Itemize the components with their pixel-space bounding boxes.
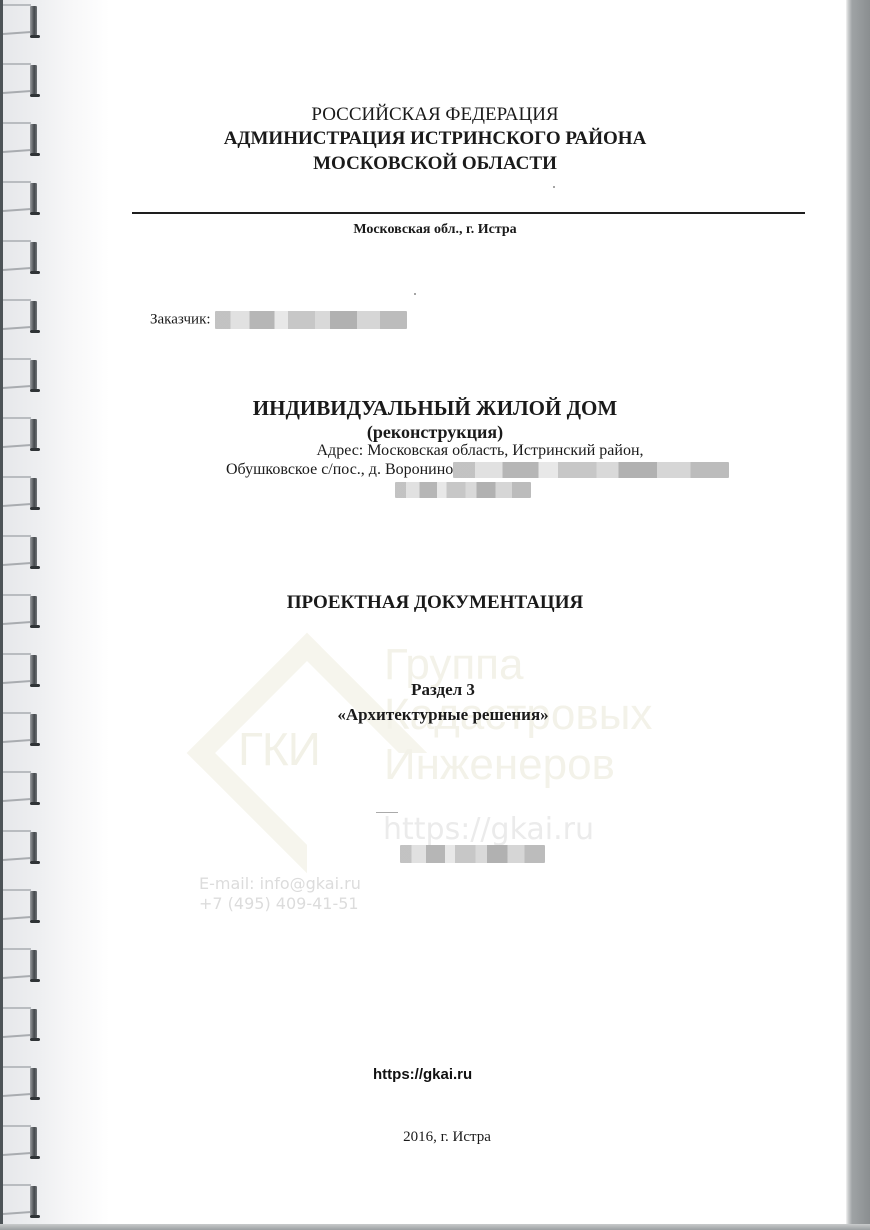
customer-line: Заказчик: xyxy=(150,311,407,329)
binding-ring xyxy=(3,535,39,565)
footer-year-place: 2016, г. Истра xyxy=(12,1129,870,1146)
watermark-logo: ГКИ xyxy=(238,722,320,776)
customer-label: Заказчик: xyxy=(150,311,211,327)
header-country: РОССИЙСКАЯ ФЕДЕРАЦИЯ xyxy=(0,104,870,126)
address-redacted-2 xyxy=(395,482,531,498)
binding-ring xyxy=(3,1184,39,1214)
binding-ring xyxy=(3,889,39,919)
binding-ring xyxy=(3,299,39,329)
binding-ring xyxy=(3,771,39,801)
address-line-2-text: Обушковское с/пос., д. Воронино xyxy=(226,461,453,478)
watermark-url: https://gkai.ru xyxy=(383,812,594,847)
header-location: Московская обл., г. Истра xyxy=(0,222,870,238)
section-number: Раздел 3 xyxy=(8,680,870,700)
binding-ring xyxy=(3,1066,39,1096)
header-region: МОСКОВСКОЙ ОБЛАСТИ xyxy=(0,153,870,175)
binding-ring xyxy=(3,181,39,211)
page-bottom-edge xyxy=(0,1224,870,1230)
binding-ring xyxy=(3,653,39,683)
document-code-redacted xyxy=(400,845,545,863)
header-divider xyxy=(132,212,805,214)
scanned-page xyxy=(0,0,870,1230)
scan-speck xyxy=(414,293,416,295)
binding-ring xyxy=(3,63,39,93)
binding-ring xyxy=(3,830,39,860)
section-name: «Архитектурные решения» xyxy=(8,705,870,725)
watermark-contacts: E-mail: info@gkai.ru +7 (495) 409-41-51 xyxy=(199,874,361,914)
code-divider xyxy=(376,812,398,813)
binding-ring xyxy=(3,240,39,270)
footer-site-link[interactable]: https://gkai.ru xyxy=(373,1066,472,1083)
binding-ring xyxy=(3,358,39,388)
header-administration: АДМИНИСТРАЦИЯ ИСТРИНСКОГО РАЙОНА xyxy=(0,128,870,150)
address-line-2: Обушковское с/пос., д. Воронино xyxy=(226,461,729,479)
binding-ring xyxy=(3,4,39,34)
binding-ring xyxy=(3,476,39,506)
object-title: ИНДИВИДУАЛЬНЫЙ ЖИЛОЙ ДОМ xyxy=(0,396,870,421)
customer-redacted xyxy=(215,311,407,329)
address-line-1: Адрес: Московская область, Истринский ра… xyxy=(45,442,870,460)
document-type: ПРОЕКТНАЯ ДОКУМЕНТАЦИЯ xyxy=(0,592,870,614)
page-edge-shadow xyxy=(846,0,870,1230)
address-redacted xyxy=(453,462,729,478)
binding-ring xyxy=(3,948,39,978)
scan-speck xyxy=(553,186,555,188)
binding-ring xyxy=(3,1007,39,1037)
object-subtitle: (реконструкция) xyxy=(0,422,870,443)
